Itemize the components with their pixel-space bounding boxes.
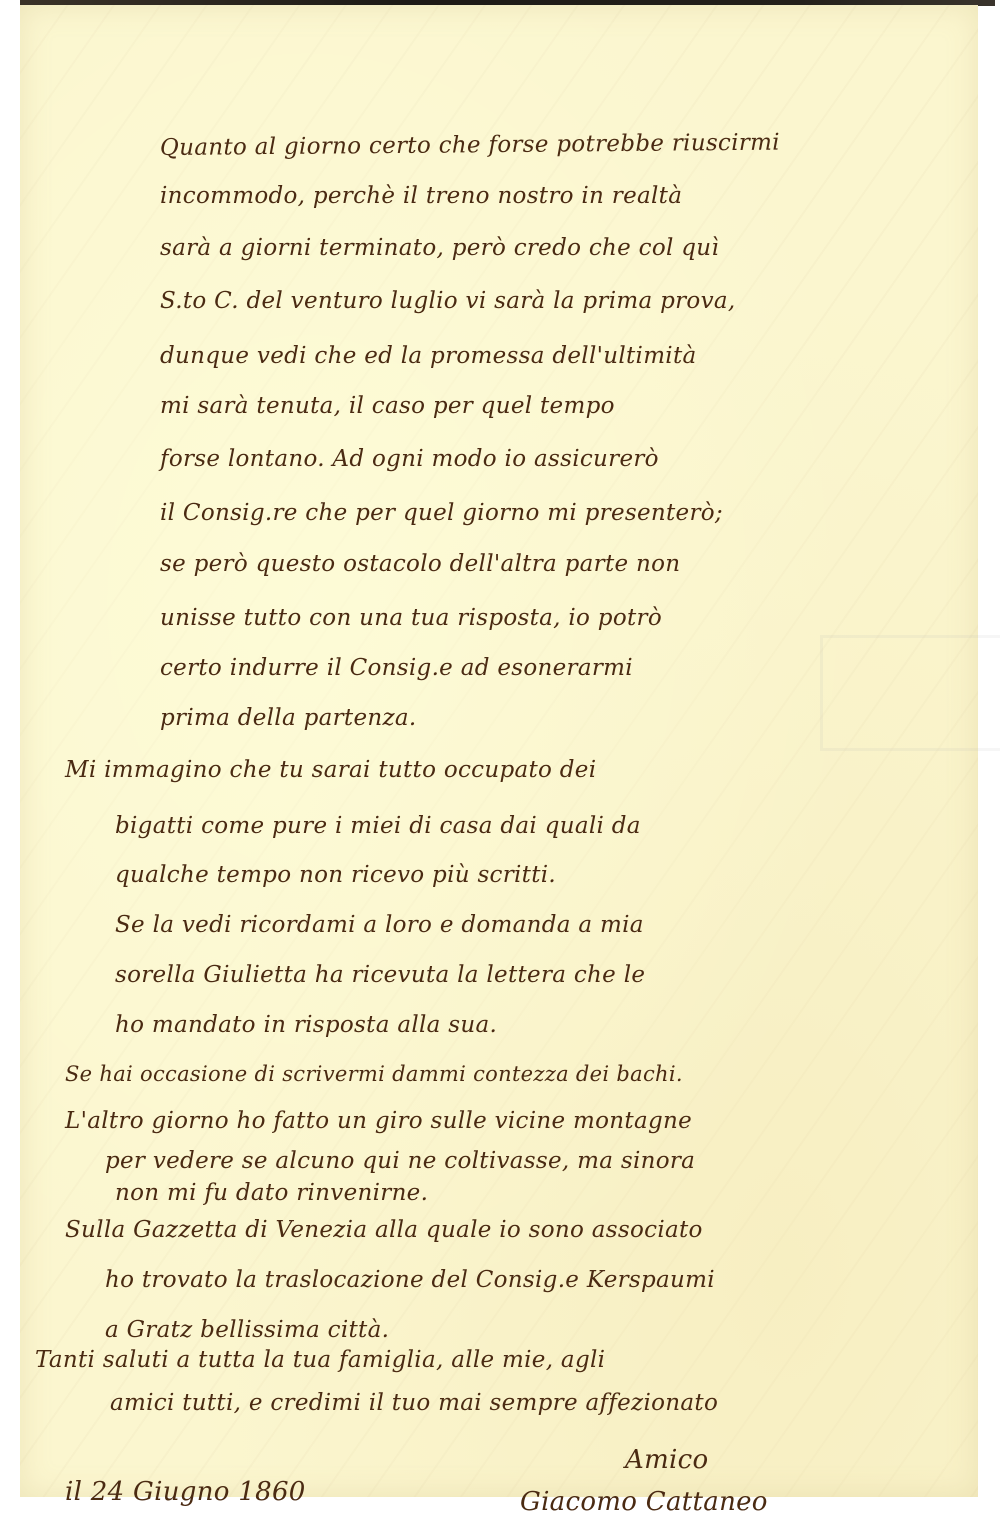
letter-line: per vedere se alcuno qui ne coltivasse, … [105,1148,695,1174]
letter-line: mi sarà tenuta, il caso per quel tempo [160,393,615,419]
letter-line: se però questo ostacolo dell'altra parte… [160,551,680,577]
letter-line: bigatti come pure i miei di casa dai qua… [115,813,641,839]
letter-line: forse lontano. Ad ogni modo io assicurer… [160,446,659,472]
letter-line: sarà a giorni terminato, però credo che … [160,235,719,261]
letter-line: certo indurre il Consig.e ad esonerarmi [160,655,633,681]
letter-line: ho trovato la traslocazione del Consig.e… [105,1267,715,1293]
letter-line: il Consig.re che per quel giorno mi pres… [160,500,723,526]
letter-line: Se hai occasione di scrivermi dammi cont… [65,1062,683,1086]
letter-line: incommodo, perchè il treno nostro in rea… [160,183,682,209]
letter-date: il 24 Giugno 1860 [65,1477,306,1507]
letter-line: prima della partenza. [160,705,417,731]
letter-line: qualche tempo non ricevo più scritti. [115,862,556,888]
letter-line: ho mandato in risposta alla sua. [115,1012,497,1038]
letter-line: unisse tutto con una tua risposta, io po… [160,605,662,631]
letter-line: sorella Giulietta ha ricevuta la lettera… [115,962,645,988]
letter-line: L'altro giorno ho fatto un giro sulle vi… [65,1108,692,1134]
letter-line: Quanto al giorno certo che forse potrebb… [160,130,780,161]
signature: Giacomo Cattaneo [520,1487,768,1517]
letter-line: Sulla Gazzetta di Venezia alla quale io … [65,1217,703,1243]
letter-line: dunque vedi che ed la promessa dell'ulti… [160,343,697,369]
letter-line: Tanti saluti a tutta la tua famiglia, al… [35,1347,605,1373]
letter-line: Se la vedi ricordami a loro e domanda a … [115,912,644,938]
valediction: Amico [625,1445,708,1475]
faint-watermark [820,635,1000,751]
letter-line: S.to C. del venturo luglio vi sarà la pr… [160,288,736,314]
letter-line: amici tutti, e credimi il tuo mai sempre… [110,1390,718,1416]
letter-page: Quanto al giorno certo che forse potrebb… [20,5,978,1497]
letter-line: Mi immagino che tu sarai tutto occupato … [65,757,596,783]
letter-line: a Gratz bellissima città. [105,1317,389,1343]
letter-line: non mi fu dato rinvenirne. [115,1180,428,1206]
